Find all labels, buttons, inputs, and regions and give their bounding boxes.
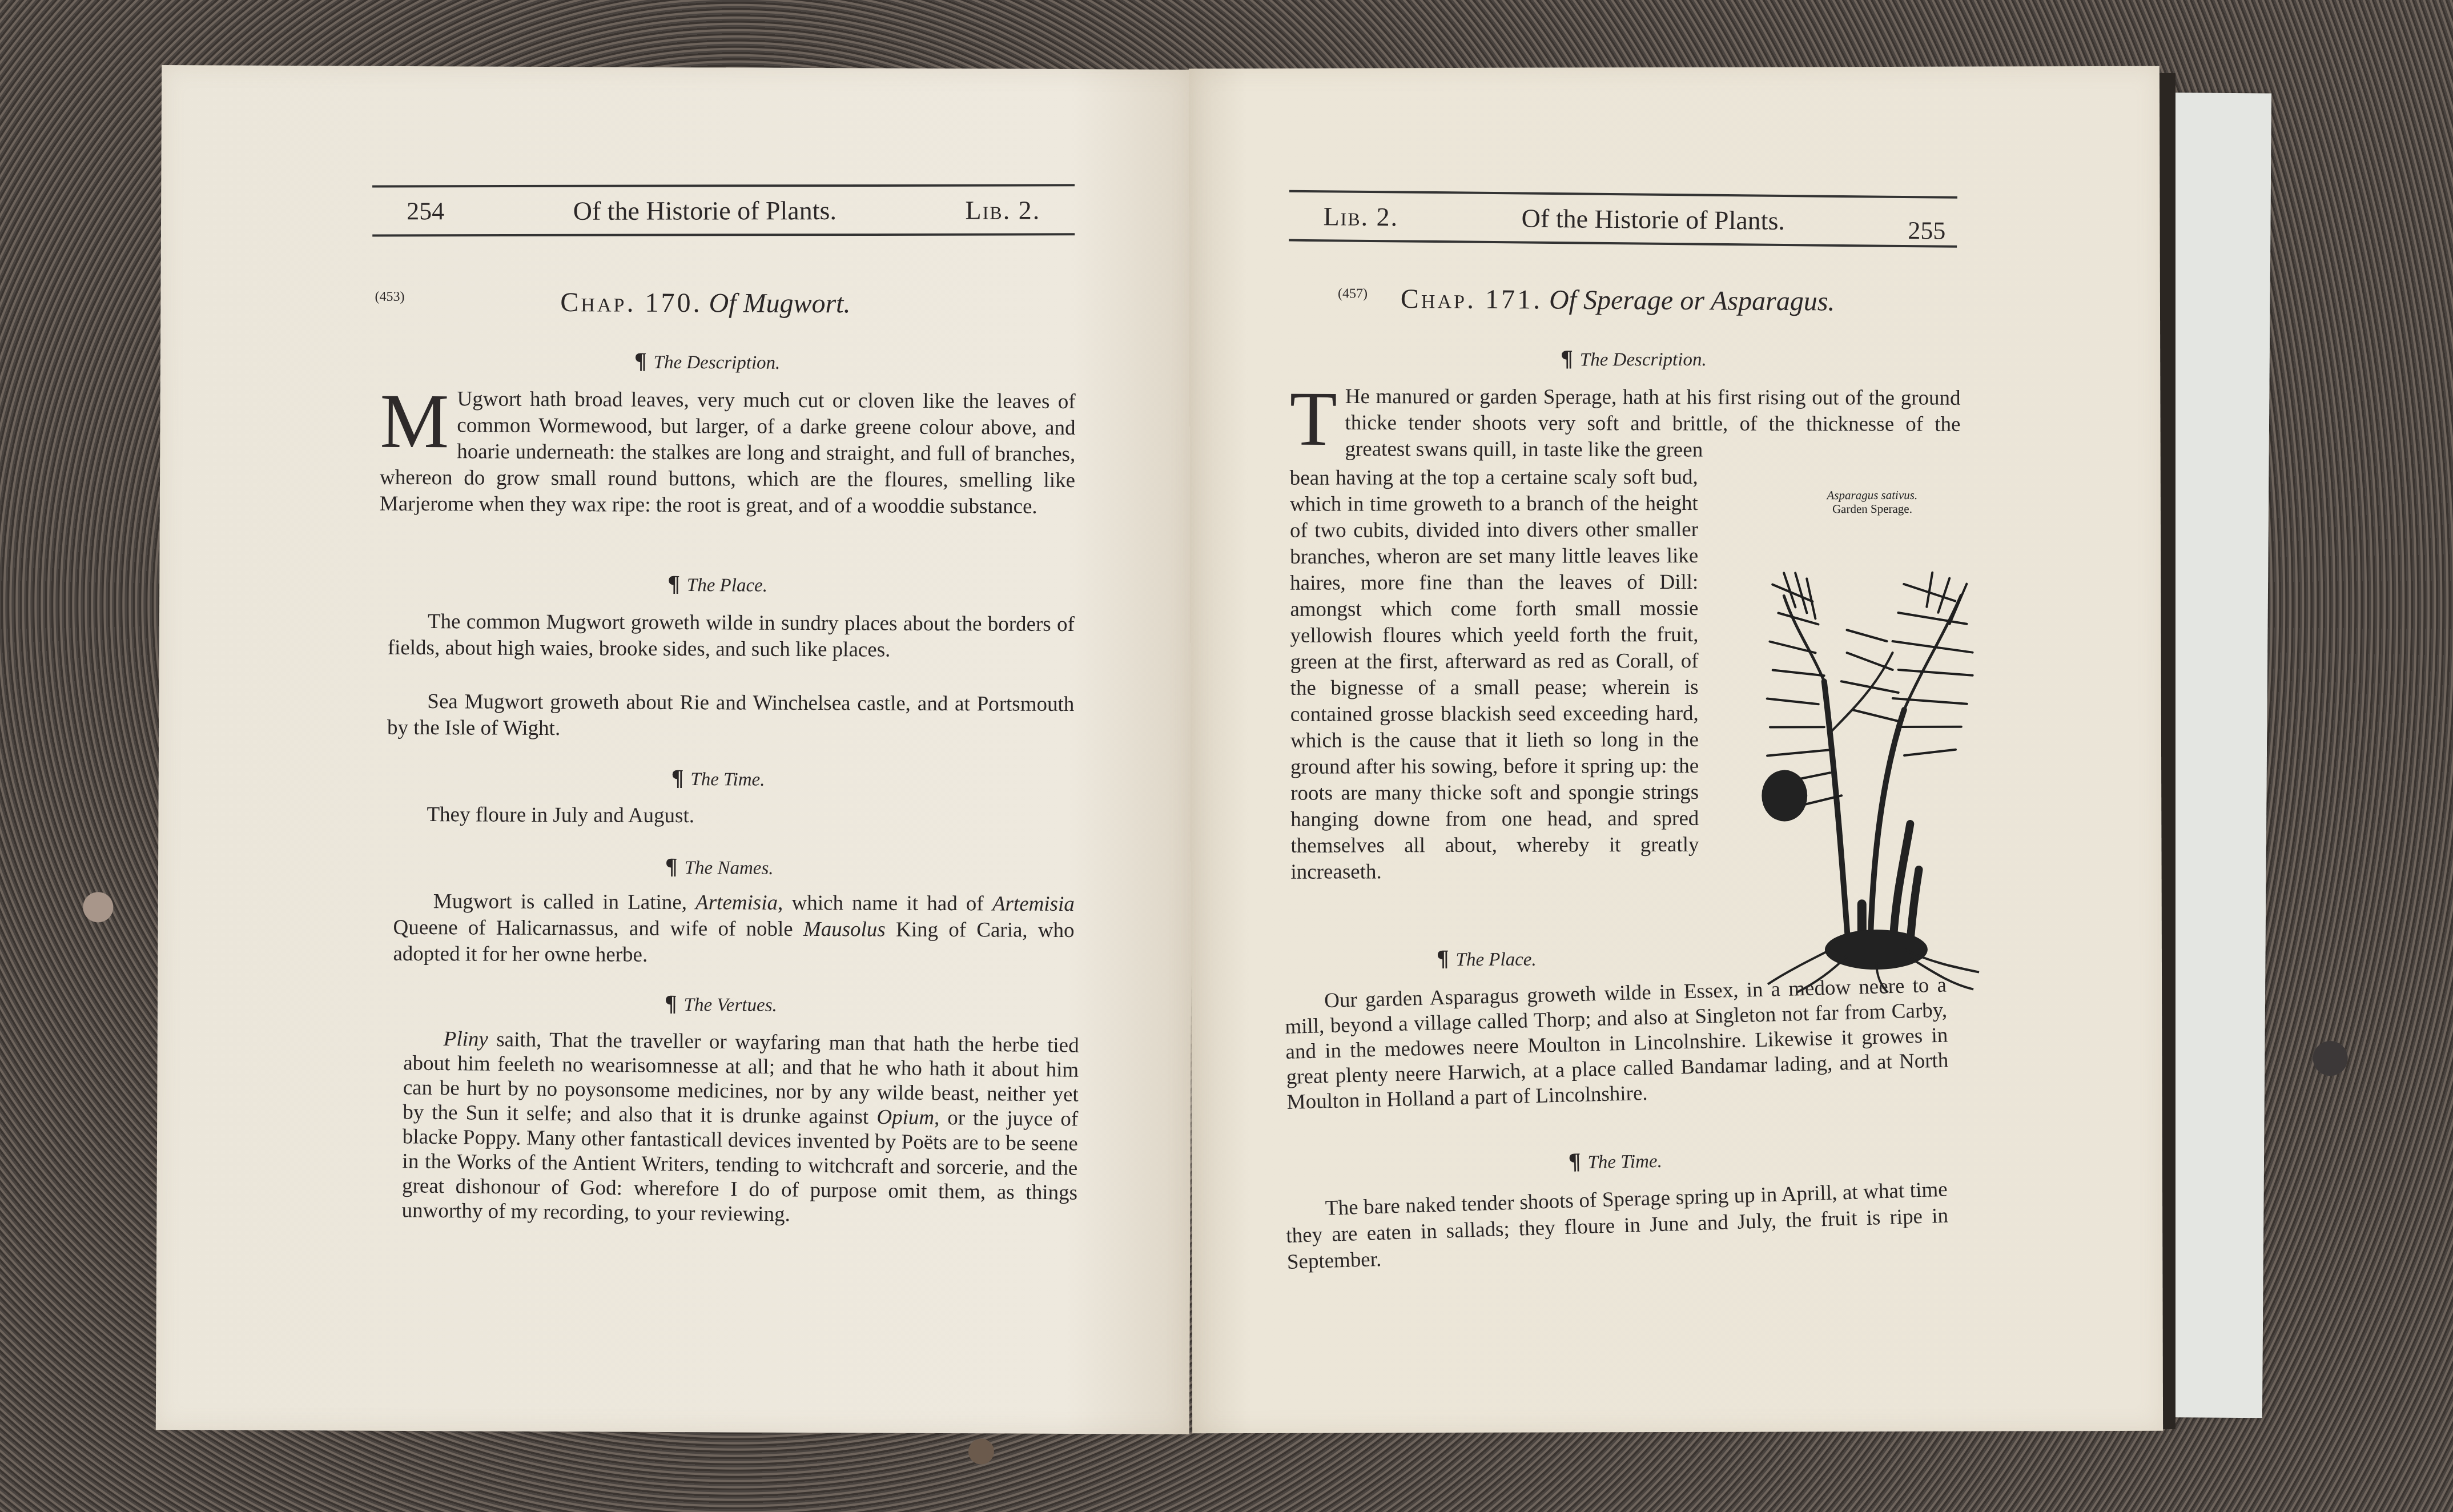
pilcrow-icon: ¶ (1561, 345, 1573, 371)
book-label: Lib. 2. (965, 195, 1040, 225)
pilcrow-icon: ¶ (1437, 945, 1449, 971)
chapter-label: Chap. 171. (1401, 284, 1542, 315)
section-heading-description: ¶The Description. (634, 347, 781, 375)
section-heading-place: ¶The Place. (1437, 944, 1537, 971)
section-heading-names: ¶The Names. (665, 852, 774, 880)
place-paragraph-1: The common Mugwort groweth wilde in sund… (388, 609, 1075, 664)
description-paragraph-wrap: bean having at the top a certaine scaly … (1290, 464, 1699, 886)
pilcrow-icon: ¶ (667, 570, 680, 596)
drop-cap: M (380, 391, 449, 453)
chapter-heading: (457) Chap. 171. Of Sperage or Asparagus… (1401, 283, 1835, 317)
description-paragraph-full: THe manured or garden Sperage, hath at h… (1289, 384, 1960, 464)
chapter-ref: (453) (375, 289, 404, 305)
drop-cap: T (1289, 388, 1337, 450)
book-label: Lib. 2. (1323, 201, 1398, 232)
chapter-label: Chap. 170. (560, 287, 702, 318)
pilcrow-icon: ¶ (665, 990, 677, 1016)
names-paragraph: Mugwort is called in Latine, Artemisia, … (393, 888, 1075, 970)
running-title: Of the Historie of Plants. (444, 195, 965, 226)
vertues-paragraph: Pliny saith, That the traveller or wayfa… (401, 1026, 1079, 1229)
section-heading-place: ¶The Place. (667, 570, 767, 597)
place-paragraph: Our garden Asparagus groweth wilde in Es… (1284, 973, 1949, 1115)
left-page: 254 Of the Historie of Plants. Lib. 2. (… (156, 65, 1195, 1434)
page-number: 255 (1908, 216, 1945, 246)
page-number: 254 (407, 196, 444, 226)
time-paragraph: The bare naked tender shoots of Sperage … (1285, 1177, 1949, 1276)
pilcrow-icon: ¶ (634, 348, 647, 373)
section-heading-vertues: ¶The Vertues. (665, 990, 777, 1017)
running-head: 254 Of the Historie of Plants. Lib. 2. (372, 184, 1075, 236)
chapter-title: Of Mugwort. (709, 288, 850, 319)
place-paragraph-2: Sea Mugwort groweth about Rie and Winche… (387, 689, 1074, 744)
running-head: Lib. 2. Of the Historie of Plants. 255 (1289, 190, 1957, 248)
right-page: Lib. 2. Of the Historie of Plants. 255 (… (1189, 66, 2163, 1433)
asparagus-plant-illustration (1761, 538, 1985, 996)
section-heading-time: ¶The Time. (671, 764, 765, 791)
chapter-heading: (453) Chap. 170. Of Mugwort. (560, 287, 850, 319)
chapter-ref: (457) (1338, 286, 1368, 301)
time-paragraph: They floure in July and August. (387, 802, 1073, 831)
running-title: Of the Historie of Plants. (1398, 202, 1908, 237)
description-paragraph: MUgwort hath broad leaves, very much cut… (380, 386, 1076, 520)
pilcrow-icon: ¶ (671, 765, 684, 790)
asparagus-woodcut-figure: Asparagus sativus. Garden Sperage. (1761, 488, 1985, 999)
section-heading-description: ¶The Description. (1561, 344, 1707, 372)
chapter-title: Of Sperage or Asparagus. (1549, 285, 1835, 317)
pilcrow-icon: ¶ (1569, 1148, 1581, 1173)
section-heading-time: ¶The Time. (1569, 1146, 1663, 1175)
pilcrow-icon: ¶ (665, 853, 678, 879)
figure-caption: Asparagus sativus. Garden Sperage. (1761, 488, 1984, 516)
